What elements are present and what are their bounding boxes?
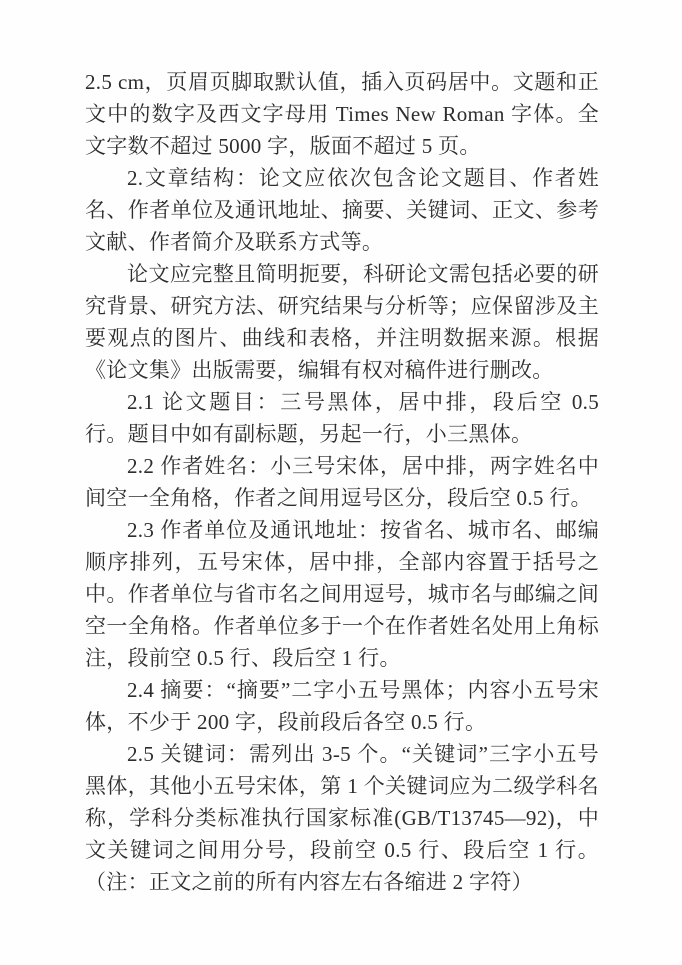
paragraph-2-5-keywords: 2.5 关键词：需列出 3-5 个。“关键词”三字小五号黑体，其他小五号宋体，第… [85,738,599,898]
paragraph-content-requirements: 论文应完整且简明扼要，科研论文需包括必要的研究背景、研究方法、研究结果与分析等；… [85,258,599,386]
paragraph-2-4-abstract: 2.4 摘要：“摘要”二字小五号黑体；内容小五号宋体，不少于 200 字，段前段… [85,674,599,738]
paragraph-2-2-author-name: 2.2 作者姓名：小三号宋体，居中排，两字姓名中间空一全角格，作者之间用逗号区分… [85,450,599,514]
paragraph-article-structure: 2.文章结构：论文应依次包含论文题目、作者姓名、作者单位及通讯地址、摘要、关键词… [85,162,599,258]
document-text-block: 2.5 cm，页眉页脚取默认值，插入页码居中。文题和正文中的数字及西文字母用 T… [85,66,599,898]
paragraph-2-3-affiliation-address: 2.3 作者单位及通讯地址：按省名、城市名、邮编顺序排列，五号宋体，居中排，全部… [85,514,599,674]
document-page: 2.5 cm，页眉页脚取默认值，插入页码居中。文题和正文中的数字及西文字母用 T… [0,0,682,965]
paragraph-page-setup-continuation: 2.5 cm，页眉页脚取默认值，插入页码居中。文题和正文中的数字及西文字母用 T… [85,66,599,162]
paragraph-2-1-title: 2.1 论文题目：三号黑体，居中排，段后空 0.5 行。题目中如有副标题，另起一… [85,386,599,450]
